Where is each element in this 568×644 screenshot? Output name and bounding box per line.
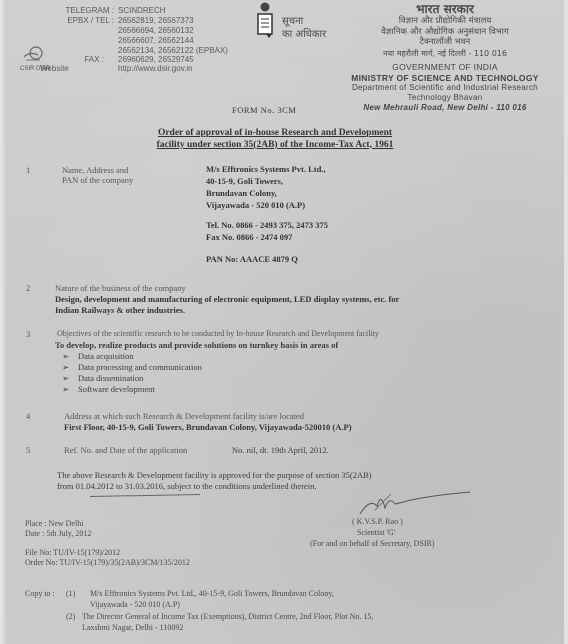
section-5-number: 5 — [26, 445, 30, 455]
gov-english-line-4: Technology Bhavan — [330, 93, 560, 103]
place: Place : New Delhi — [25, 519, 83, 529]
company-fax: Fax No. 0866 - 2474 097 — [206, 232, 292, 243]
business-line-1: Design, development and manufacturing of… — [55, 294, 399, 305]
application-ref: No. nil, dt. 19th April, 2012. — [232, 445, 329, 456]
signatory-behalf: (For and on behalf of Secretary, DSIR) — [310, 539, 435, 549]
title-line-1: Order of approval of in-house Research a… — [120, 128, 430, 140]
form-number: FORM No. 3CM — [232, 105, 296, 115]
objective-bullet-4: ➢Software development — [62, 384, 155, 395]
order-title: Order of approval of in-house Research a… — [120, 128, 430, 151]
objective-text: Software development — [78, 384, 155, 394]
rti-label-line2: का अधिकार — [282, 29, 326, 41]
objective-bullet-3: ➢Data dissemination — [62, 373, 143, 384]
copy-item-1-line-2: Vijayawada - 520 010 (A.P) — [90, 600, 180, 610]
objective-text: Data dissemination — [78, 373, 143, 383]
arrow-bullet-icon: ➢ — [62, 373, 78, 384]
dsir-logo-icon — [20, 45, 44, 65]
copy-item-1-number: (1) — [66, 589, 75, 599]
scan-edge — [0, 0, 6, 644]
gov-hindi-line-1: भारत सरकार — [330, 2, 560, 16]
gov-hindi-line-3: वैज्ञानिक और औद्योगिक अनुसंधान विभाग — [330, 27, 560, 38]
scan-edge — [564, 0, 568, 644]
tel-value-3: 26566607, 26562144 — [118, 36, 194, 46]
business-line-2: Indian Railways & other industries. — [55, 305, 185, 316]
title-line-2: facility under section 35(2AB) of the In… — [120, 140, 430, 152]
copy-item-2-line-2: Laxshmi Nagar, Delhi - 110092 — [82, 623, 183, 633]
section-5-label: Ref. No. and Date of the application — [64, 445, 187, 455]
website-value[interactable]: http://www.dsir.gov.in — [118, 64, 193, 74]
date: Date : 5th July, 2012 — [25, 529, 91, 539]
approval-line-2: from 01.04.2012 to 31.03.2016, subject t… — [57, 481, 316, 492]
gov-english-line-3: Department of Scientific and Industrial … — [330, 83, 560, 93]
section-1-label-line-1: Name, Address and — [62, 165, 128, 175]
objective-bullet-1: ➢Data acquisition — [62, 351, 133, 362]
arrow-bullet-icon: ➢ — [62, 362, 78, 373]
file-number: File No: TU/IV-15(179)/2012 — [25, 548, 120, 558]
gov-english-line-5: New Mehrauli Road, New Delhi - 110 016 — [330, 103, 560, 113]
section-4-number: 4 — [26, 411, 30, 421]
signatory-name: ( K.V.S.P. Rao ) — [352, 517, 403, 527]
gov-english-line-2: MINISTRY OF SCIENCE AND TECHNOLOGY — [330, 73, 560, 83]
tel-value-2: 26566694, 26560132 — [118, 26, 194, 36]
company-address-1: 40-15-9, Goli Towers, — [206, 176, 283, 187]
section-3-number: 3 — [26, 329, 30, 339]
section-2-number: 2 — [26, 283, 30, 293]
scanned-document-page: TELEGRAM : SCINDRECH EPBX / TEL : 265628… — [0, 0, 568, 644]
signatory-title: Scientist 'G' — [357, 528, 395, 538]
telegram-label: TELEGRAM : — [62, 6, 114, 15]
section-1-number: 1 — [26, 165, 30, 175]
order-number: Order No: TU/IV-15(179)/35(2AB)/3CM/135/… — [25, 558, 190, 568]
signature-icon — [355, 488, 475, 518]
section-1-label-line-2: PAN of the company — [62, 175, 133, 185]
gov-hindi-line-5: नया महरौली मार्ग, नई दिल्ली - 110 016 — [330, 48, 560, 59]
company-address-2: Brundavan Colony, — [206, 188, 277, 199]
copy-item-1-line-1: M/s Efftronics Systems Pvt. Ltd., 40-15-… — [90, 589, 334, 599]
tel-value-1: 26562819, 26567373 — [118, 16, 194, 26]
gov-hindi-line-4: टैक्नालॉजी भवन — [330, 37, 560, 48]
gov-hindi-line-2: विज्ञान और प्रौद्योगिकी मंत्रालय — [330, 16, 560, 27]
company-pan: PAN No: AAACE 4879 Q — [206, 254, 298, 265]
copy-to-label: Copy to : — [25, 589, 55, 599]
telegram-value: SCINDRECH — [118, 6, 166, 16]
facility-address: First Floor, 40-15-9, Goli Towers, Brund… — [64, 422, 352, 433]
arrow-bullet-icon: ➢ — [62, 351, 78, 362]
rti-label-line1: सूचना — [282, 16, 303, 28]
government-header: भारत सरकार विज्ञान और प्रौद्योगिकी मंत्र… — [330, 2, 560, 113]
logo-caption: CSIR DSIR — [20, 66, 50, 72]
approval-line-1: The above Research & Development facilit… — [57, 470, 372, 481]
objective-text: Data acquisition — [78, 351, 133, 361]
company-address-3: Vijayawada - 520 010 (A.P) — [206, 200, 305, 211]
copy-item-2-number: (2) — [66, 612, 75, 622]
objective-text: Data processing and communication — [78, 362, 202, 372]
section-2-label: Nature of the business of the company — [55, 283, 186, 293]
company-tel: Tel. No. 0866 - 2493 375, 2473 375 — [206, 220, 328, 231]
rti-logo-icon — [256, 2, 274, 42]
company-name: M/s Efftronics Systems Pvt. Ltd., — [206, 164, 326, 175]
copy-item-2-line-1: The Director General of Income Tax (Exem… — [82, 612, 373, 622]
arrow-bullet-icon: ➢ — [62, 384, 78, 395]
section-3-label: Objectives of the scientific research to… — [57, 329, 379, 339]
fax-label: FAX : — [52, 55, 104, 64]
objective-bullet-2: ➢Data processing and communication — [62, 362, 202, 373]
gov-english-line-1: GOVERNMENT OF INDIA — [330, 62, 560, 73]
tel-label: EPBX / TEL : — [62, 16, 114, 25]
underline-stroke — [90, 494, 200, 497]
section-4-label: Address at which such Research & Develop… — [64, 411, 304, 421]
objectives-intro: To develop, realize products and provide… — [55, 340, 338, 351]
